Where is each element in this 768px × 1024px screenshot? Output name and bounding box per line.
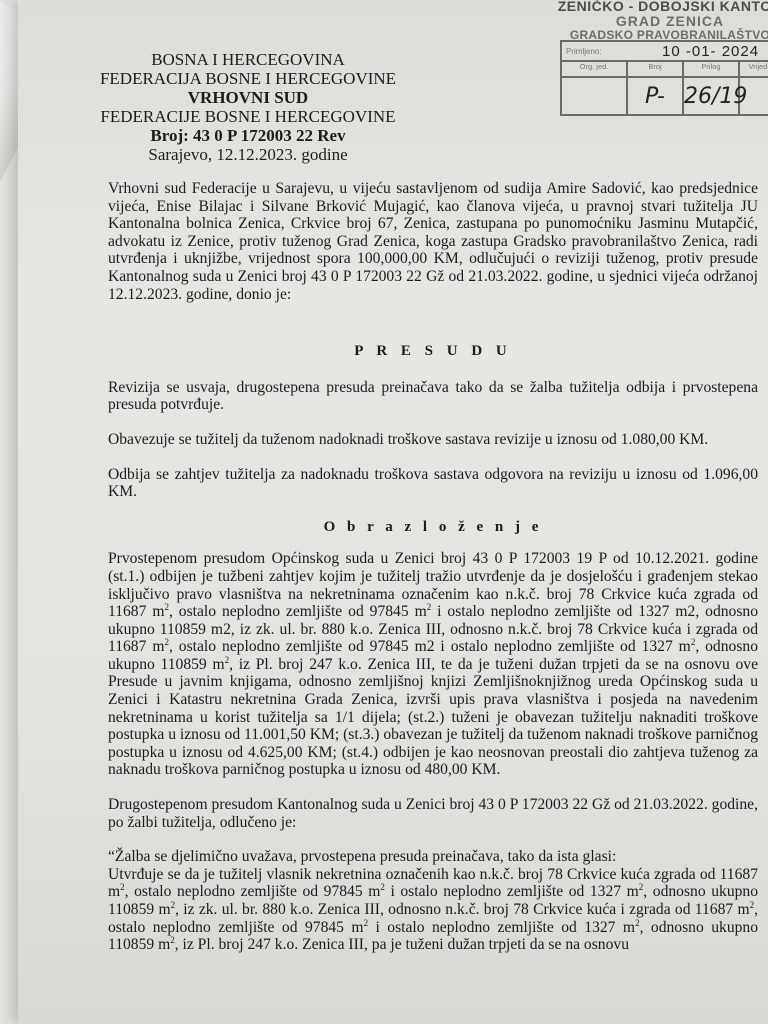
stamp-col-value: Vrijednost	[740, 62, 768, 76]
stamp-val-attachment: 26/19	[684, 78, 740, 116]
verdict-title: P R E S U D U	[108, 343, 758, 361]
header-federation-2: FEDERACIJE BOSNE I HERCEGOVINE	[88, 107, 408, 126]
stamp-city: GRAD ZENICA	[550, 14, 768, 28]
header-country: BOSNA I HERCEGOVINA	[88, 50, 408, 69]
intro-paragraph: Vrhovni sud Federacije u Sarajevu, u vij…	[108, 180, 758, 303]
place-date: Sarajevo, 12.12.2023. godine	[88, 145, 408, 164]
stamp-received-label: Primljeno:	[562, 47, 624, 56]
received-stamp: ZENIČKO - DOBOJSKI KANTON GRAD ZENICA GR…	[550, 0, 768, 118]
stamp-col-attachment: Prilog	[684, 62, 740, 76]
stamp-table: Primljeno: 10 -01- 2024 Org. jed. Broj P…	[560, 40, 768, 116]
header-federation: FEDERACIJA BOSNE I HERCEGOVINE	[88, 69, 408, 88]
stamp-canton: ZENIČKO - DOBOJSKI KANTON	[550, 0, 768, 14]
stamp-val-org	[562, 78, 628, 116]
reasoning-paragraph-2: Drugostepenom presudom Kantonalnog suda …	[108, 796, 758, 831]
stamp-val-number: P-	[628, 78, 684, 116]
stamp-col-org: Org. jed.	[562, 62, 628, 76]
case-number: Broj: 43 0 P 172003 22 Rev	[88, 126, 408, 145]
reasoning-paragraph-1: Prvostepenom presudom Općinskog suda u Z…	[108, 550, 758, 779]
stamp-val-value	[740, 78, 768, 116]
verdict-paragraph: Revizija se usvaja, drugostepena presuda…	[108, 379, 758, 414]
document-body: Vrhovni sud Federacije u Sarajevu, u vij…	[108, 180, 758, 954]
document-page: ZENIČKO - DOBOJSKI KANTON GRAD ZENICA GR…	[18, 0, 768, 1024]
quoted-ruling-first-line: “Žalba se djelimično uvažava, prvostepen…	[108, 848, 758, 866]
court-header: BOSNA I HERCEGOVINA FEDERACIJA BOSNE I H…	[88, 50, 408, 164]
quoted-ruling: Utvrđuje se da je tužitelj vlasnik nekre…	[108, 866, 758, 954]
stamp-received-date: 10 -01- 2024	[662, 43, 759, 60]
verdict-paragraph: Odbija se zahtjev tužitelja za nadoknadu…	[108, 466, 758, 501]
header-court: VRHOVNI SUD	[88, 88, 408, 107]
stamp-col-number: Broj	[628, 62, 684, 76]
verdict-paragraph: Obavezuje se tužitelj da tuženom nadokna…	[108, 431, 758, 449]
reasoning-title: O b r a z l o ž e n j e	[108, 519, 758, 537]
